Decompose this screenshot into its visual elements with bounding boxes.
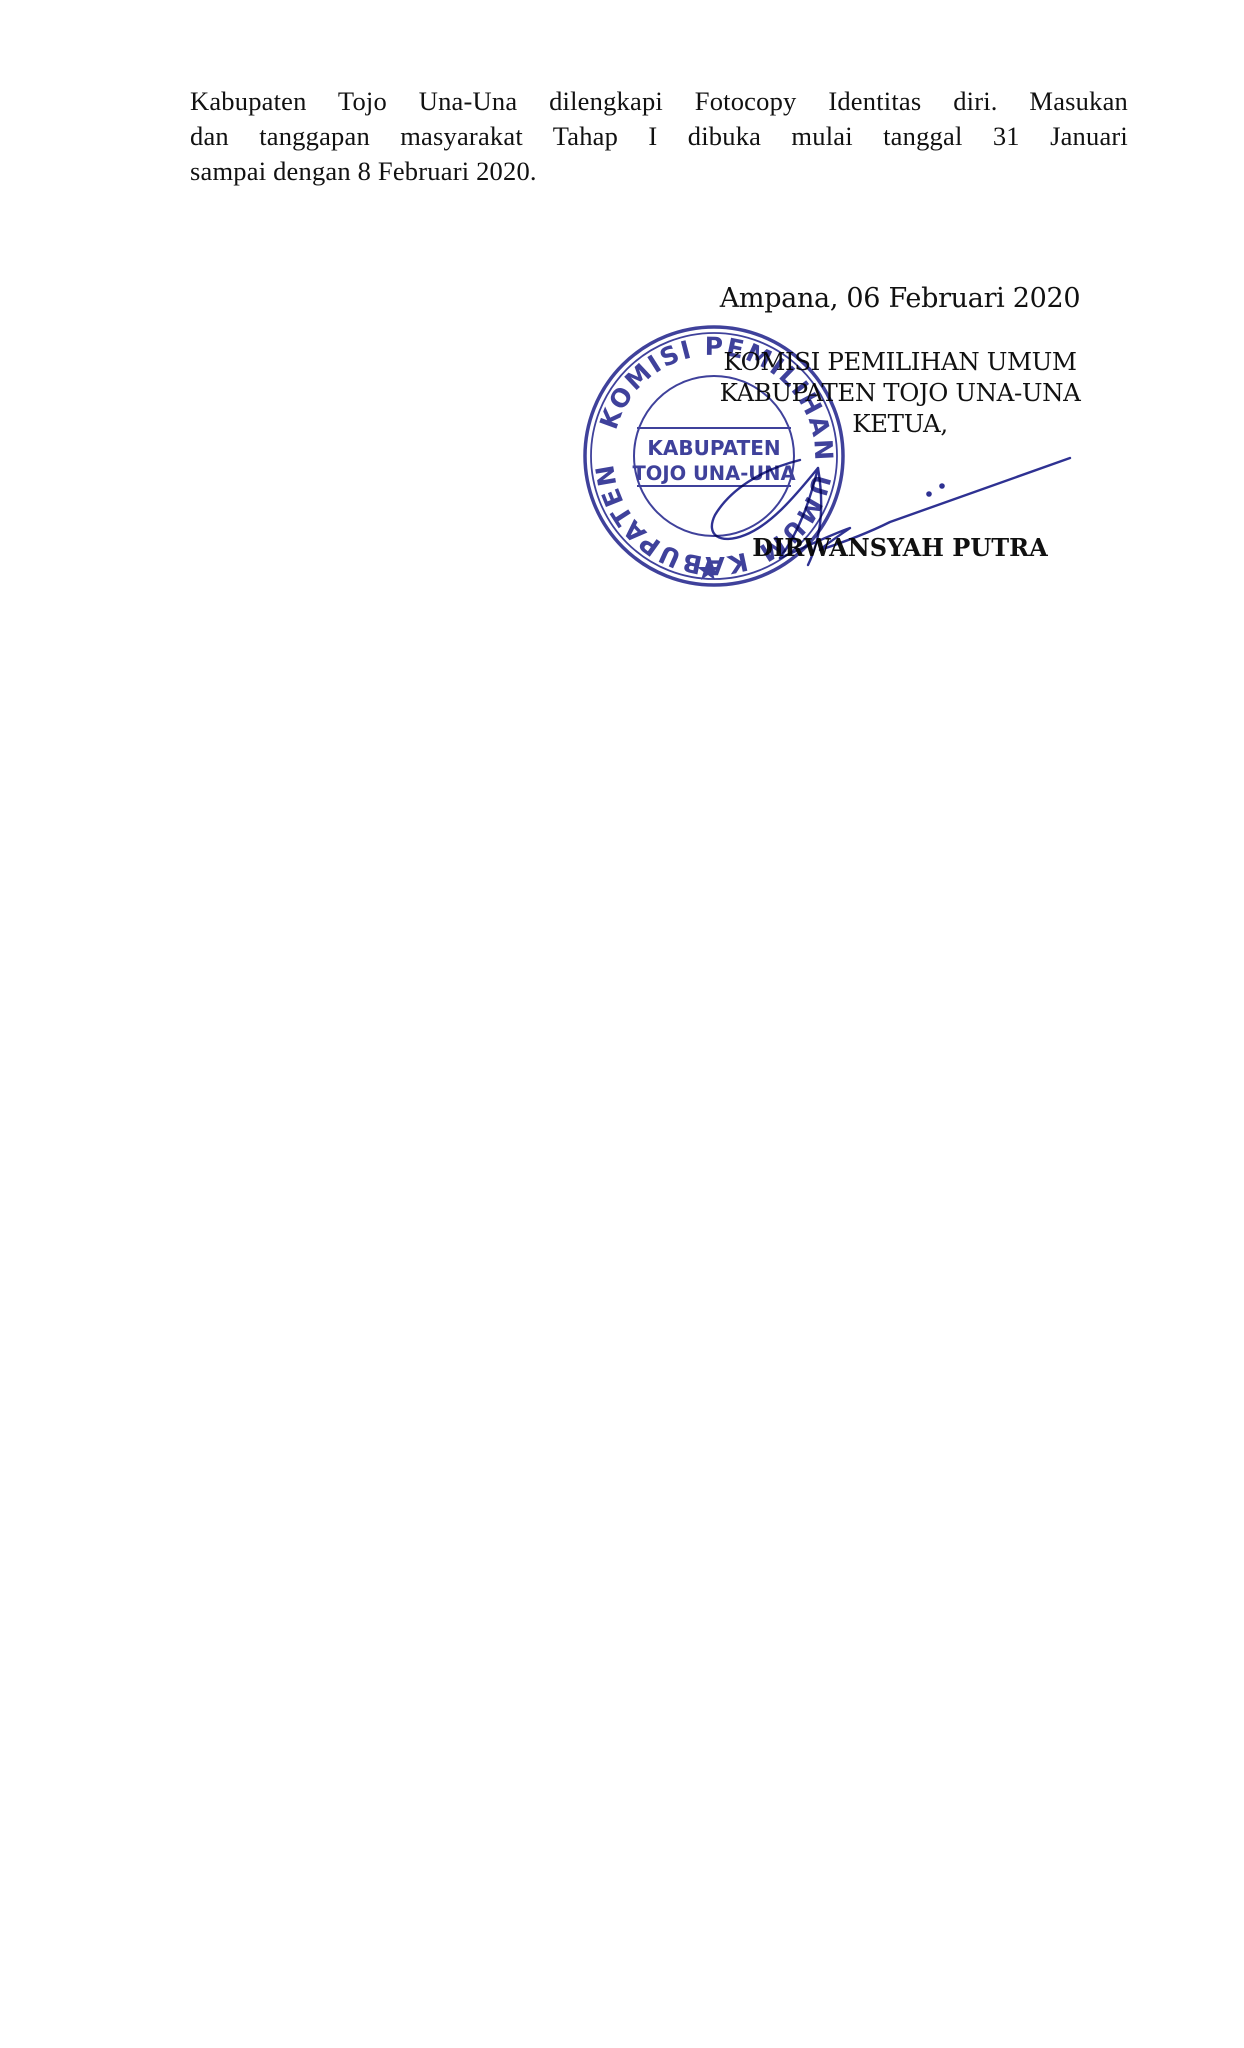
paragraph-line: dan tanggapan masyarakat Tahap I dibuka …: [190, 119, 1128, 154]
place-date: Ampana, 06 Februari 2020: [690, 283, 1110, 314]
paragraph-line: Kabupaten Tojo Una-Una dilengkapi Fotoco…: [190, 84, 1128, 119]
paragraph-line: sampai dengan 8 Februari 2020.: [190, 154, 1128, 189]
body-paragraph: Kabupaten Tojo Una-Una dilengkapi Fotoco…: [190, 84, 1128, 189]
handwritten-signature: [700, 440, 1080, 580]
